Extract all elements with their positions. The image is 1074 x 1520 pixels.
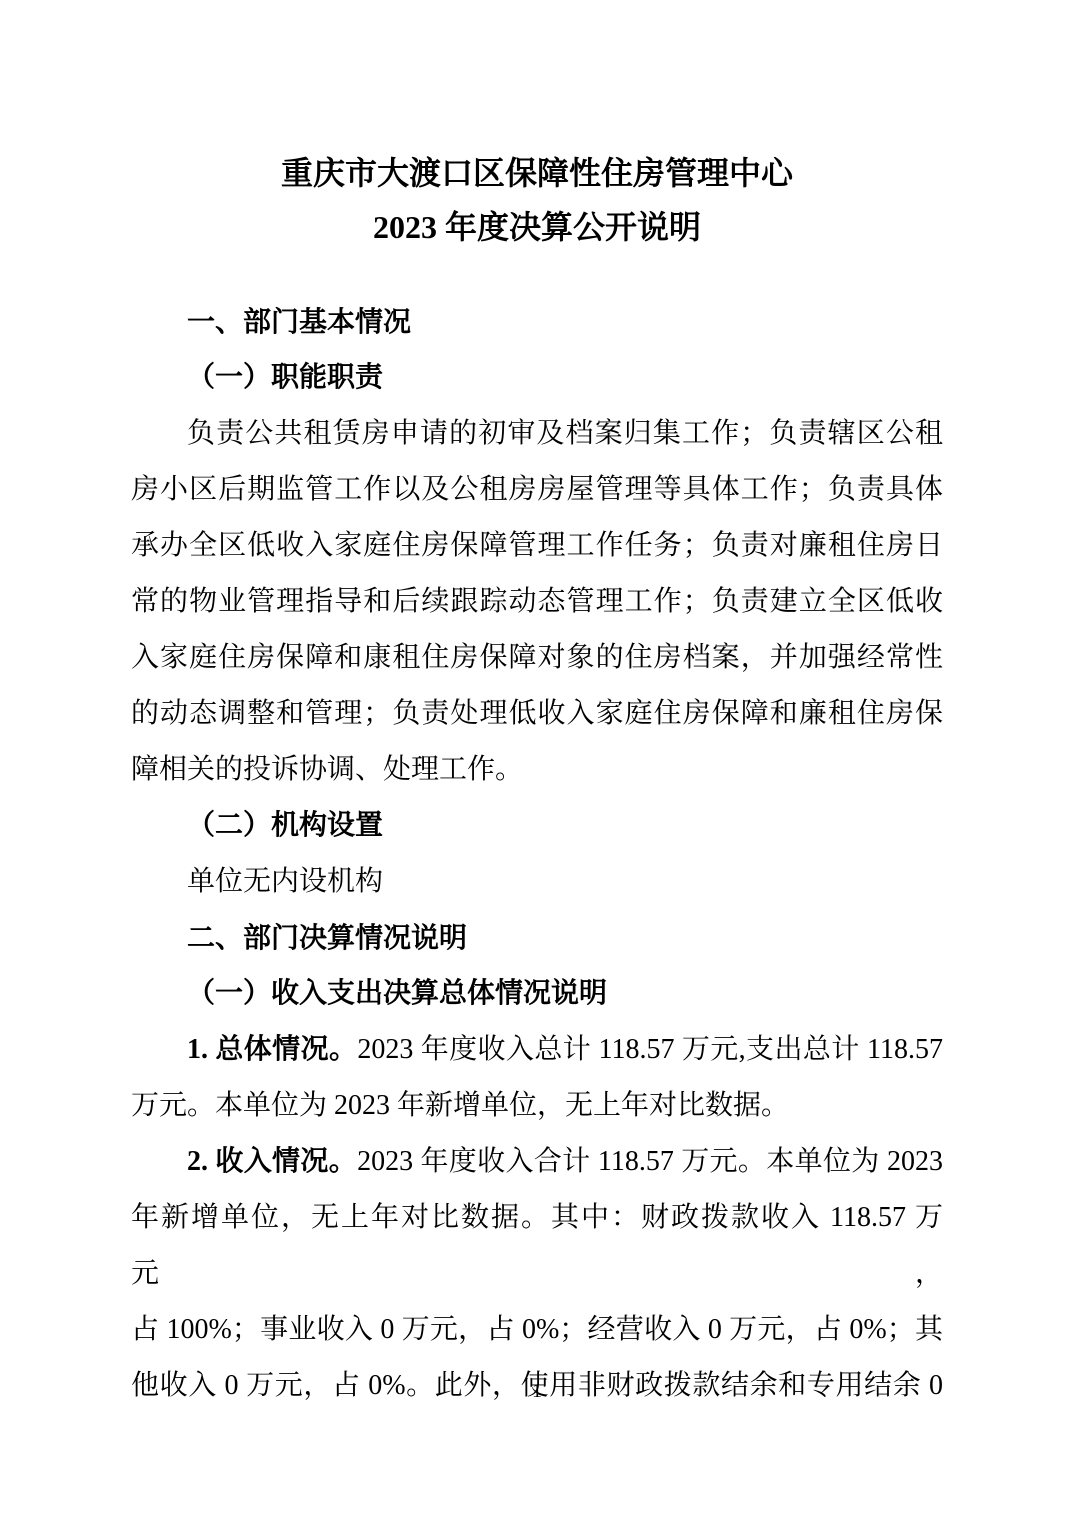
section-heading-final-accounts: 二、部门决算情况说明 [131, 910, 943, 966]
paragraph-income-line: 2. 收入情况。2023 年度收入合计 118.57 万元。本单位为 2023 [131, 1134, 943, 1190]
document-page: 重庆市大渡口区保障性住房管理中心 2023 年度决算公开说明 一、部门基本情况 … [0, 0, 1074, 1520]
paragraph-overall: 1. 总体情况。2023 年度收入总计 118.57 万元,支出总计 118.5… [131, 1022, 943, 1134]
page-number: 1 [0, 1376, 1074, 1406]
paragraph-overall-text: 2023 年度收入总计 118.57 万元,支出总计 118.57 [357, 1034, 943, 1065]
paragraph-overall-lead: 1. 总体情况。 [187, 1034, 357, 1065]
document-title-block: 重庆市大渡口区保障性住房管理中心 2023 年度决算公开说明 [131, 0, 943, 254]
paragraph-income-lead: 2. 收入情况。 [187, 1146, 357, 1177]
paragraph-income-line: 占 100%；事业收入 0 万元，占 0%；经营收入 0 万元，占 0%；其 [131, 1302, 943, 1358]
paragraph-overall-line: 1. 总体情况。2023 年度收入总计 118.57 万元,支出总计 118.5… [131, 1022, 943, 1078]
paragraph-duties-line: 障相关的投诉协调、处理工作。 [131, 742, 943, 798]
document-subtitle: 2023 年度决算公开说明 [131, 200, 943, 254]
paragraph-duties: 负责公共租赁房申请的初审及档案归集工作；负责辖区公租 房小区后期监管工作以及公租… [131, 406, 943, 798]
paragraph-income: 2. 收入情况。2023 年度收入合计 118.57 万元。本单位为 2023 … [131, 1134, 943, 1414]
paragraph-org-structure: 单位无内设机构 [131, 854, 943, 910]
paragraph-duties-line: 房小区后期监管工作以及公租房房屋管理等具体工作；负责具体 [131, 462, 943, 518]
paragraph-duties-line: 常的物业管理指导和后续跟踪动态管理工作；负责建立全区低收 [131, 574, 943, 630]
paragraph-duties-line: 入家庭住房保障和康租住房保障对象的住房档案，并加强经常性 [131, 630, 943, 686]
document-title: 重庆市大渡口区保障性住房管理中心 [131, 146, 943, 200]
document-content: 重庆市大渡口区保障性住房管理中心 2023 年度决算公开说明 一、部门基本情况 … [131, 0, 943, 1414]
paragraph-duties-line: 承办全区低收入家庭住房保障管理工作任务；负责对廉租住房日 [131, 518, 943, 574]
document-body: 一、部门基本情况 （一）职能职责 负责公共租赁房申请的初审及档案归集工作；负责辖… [131, 294, 943, 1414]
paragraph-duties-line: 负责公共租赁房申请的初审及档案归集工作；负责辖区公租 [131, 406, 943, 462]
subsection-heading-structure: （二）机构设置 [131, 798, 943, 854]
paragraph-overall-line: 万元。本单位为 2023 年新增单位，无上年对比数据。 [131, 1078, 943, 1134]
subsection-heading-duties: （一）职能职责 [131, 350, 943, 406]
paragraph-income-line: 年新增单位，无上年对比数据。其中：财政拨款收入 118.57 万元， [131, 1190, 943, 1302]
paragraph-duties-line: 的动态调整和管理；负责处理低收入家庭住房保障和廉租住房保 [131, 686, 943, 742]
subsection-heading-income-expense-overview: （一）收入支出决算总体情况说明 [131, 966, 943, 1022]
section-heading-basic-info: 一、部门基本情况 [131, 294, 943, 350]
paragraph-income-text: 2023 年度收入合计 118.57 万元。本单位为 2023 [357, 1146, 943, 1177]
